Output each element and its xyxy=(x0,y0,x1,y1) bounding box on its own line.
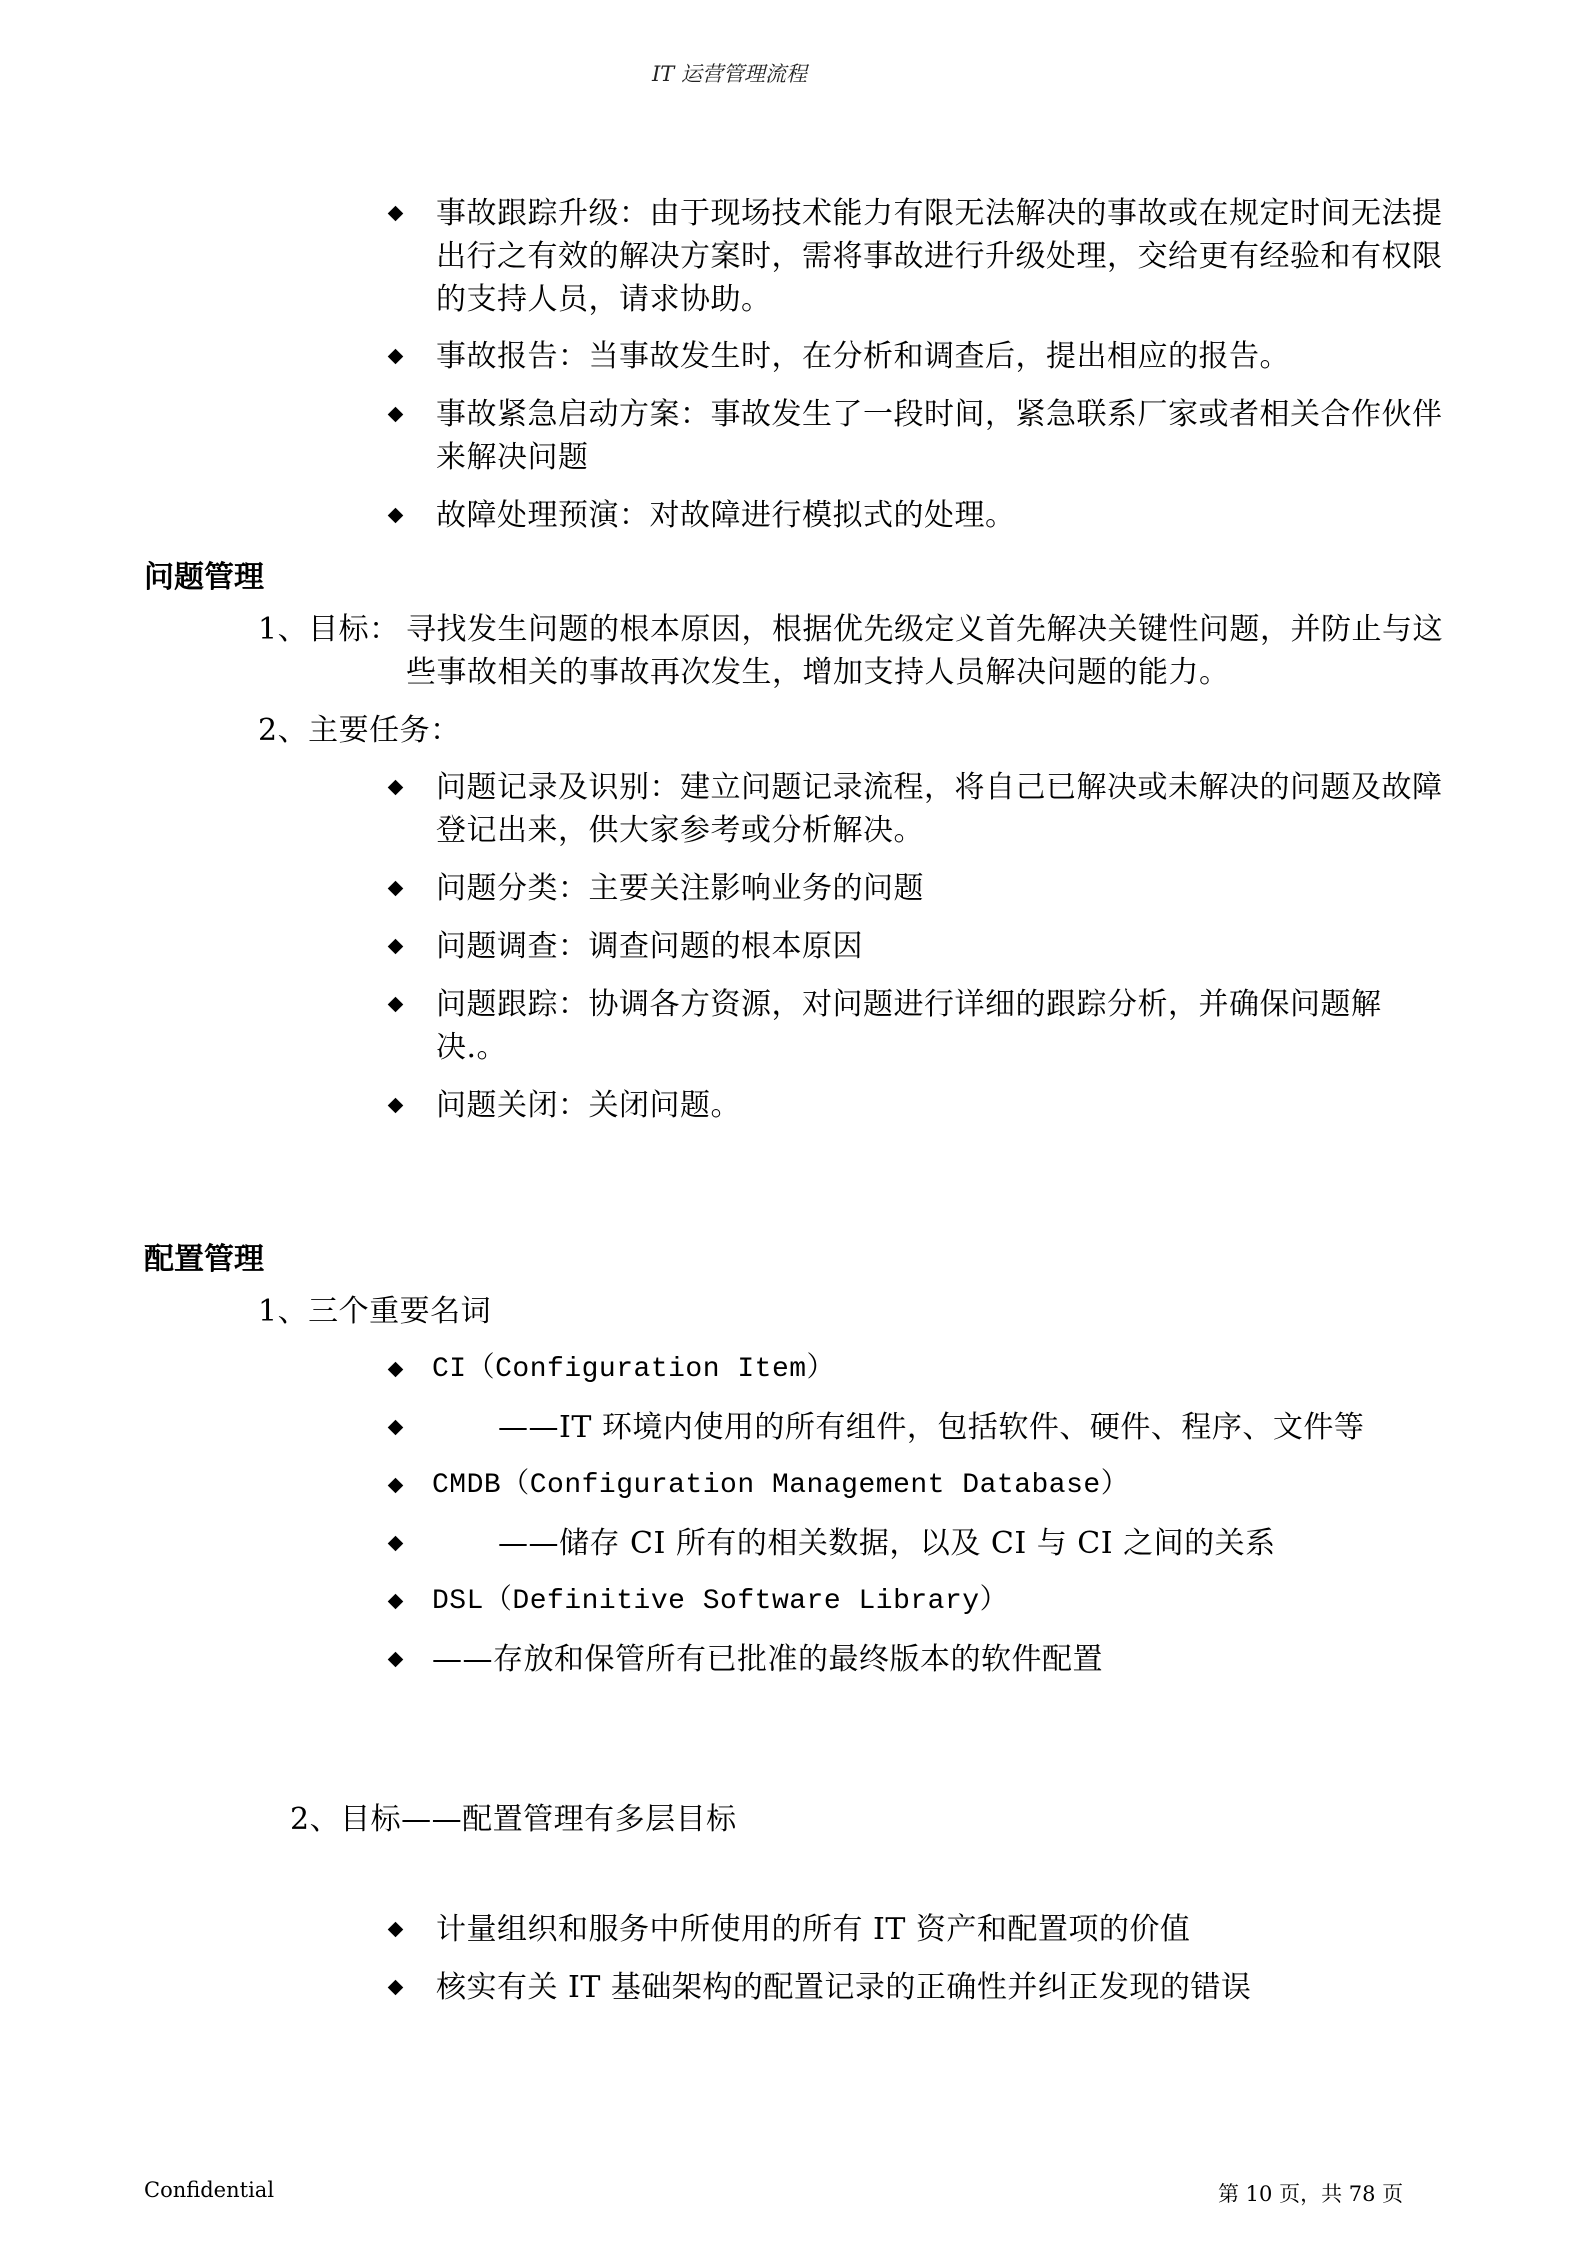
term-dsl-desc: ——存放和保管所有已批准的最终版本的软件配置 xyxy=(432,1638,1103,1681)
bullet-text: 问题分类：主要关注影响业务的问题 xyxy=(436,867,924,910)
terms-label: 1、三个重要名词 xyxy=(258,1290,491,1333)
term-ci-desc: ——IT 环境内使用的所有组件，包括软件、硬件、程序、文件等 xyxy=(498,1406,1364,1449)
tasks-label: 2、主要任务： xyxy=(258,709,461,752)
bullet-text: 事故跟踪升级：由于现场技术能力有限无法解决的事故或在规定时间无法提 出行之有效的… xyxy=(436,192,1443,321)
bullet-diamond-icon xyxy=(388,780,404,796)
line: 登记出来，供大家参考或分析解决。 xyxy=(436,809,1443,852)
bullet-diamond-icon xyxy=(388,1098,404,1114)
bullet-diamond-icon xyxy=(388,407,404,423)
bullet-text: 事故紧急启动方案：事故发生了一段时间，紧急联系厂家或者相关合作伙伴 来解决问题 xyxy=(436,393,1443,479)
term-cmdb: CMDB（Configuration Management Database） xyxy=(432,1464,1129,1507)
bullet-text: 问题记录及识别：建立问题记录流程，将自己已解决或未解决的问题及故障 登记出来，供… xyxy=(436,766,1443,852)
bullet-diamond-icon xyxy=(388,349,404,365)
bullet-diamond-icon xyxy=(388,997,404,1013)
goal-item: 计量组织和服务中所使用的所有 IT 资产和配置项的价值 xyxy=(436,1908,1190,1951)
line: 问题记录及识别：建立问题记录流程，将自己已解决或未解决的问题及故障 xyxy=(436,766,1443,809)
goal-label: 1、目标： xyxy=(258,608,400,651)
section-heading-config: 配置管理 xyxy=(144,1234,264,1278)
goals-label: 2、目标——配置管理有多层目标 xyxy=(290,1798,737,1841)
section-heading-problem: 问题管理 xyxy=(144,552,264,596)
bullet-diamond-icon xyxy=(388,1362,404,1378)
goal-text: 寻找发生问题的根本原因，根据优先级定义首先解决关键性问题，并防止与这 些事故相关… xyxy=(406,608,1443,694)
bullet-diamond-icon xyxy=(388,939,404,955)
line: 出行之有效的解决方案时，需将事故进行升级处理，交给更有经验和有权限 xyxy=(436,235,1443,278)
line: 问题跟踪：协调各方资源，对问题进行详细的跟踪分析，并确保问题解 xyxy=(436,983,1382,1026)
bullet-diamond-icon xyxy=(388,1980,404,1996)
bullet-diamond-icon xyxy=(388,881,404,897)
bullet-diamond-icon xyxy=(388,1536,404,1552)
footer-confidential: Confidential xyxy=(144,2178,274,2202)
bullet-diamond-icon xyxy=(388,1652,404,1668)
bullet-text: 问题跟踪：协调各方资源，对问题进行详细的跟踪分析，并确保问题解 决.。 xyxy=(436,983,1382,1069)
bullet-text: 问题调查：调查问题的根本原因 xyxy=(436,925,863,968)
term-dsl: DSL（Definitive Software Library） xyxy=(432,1580,1008,1623)
bullet-diamond-icon xyxy=(388,1594,404,1610)
bullet-diamond-icon xyxy=(388,206,404,222)
line: 事故紧急启动方案：事故发生了一段时间，紧急联系厂家或者相关合作伙伴 xyxy=(436,393,1443,436)
line: 些事故相关的事故再次发生，增加支持人员解决问题的能力。 xyxy=(406,651,1443,694)
term-cmdb-desc: ——储存 CI 所有的相关数据，以及 CI 与 CI 之间的关系 xyxy=(498,1522,1276,1565)
bullet-diamond-icon xyxy=(388,1922,404,1938)
bullet-text: 问题关闭：关闭问题。 xyxy=(436,1084,741,1127)
line: 事故跟踪升级：由于现场技术能力有限无法解决的事故或在规定时间无法提 xyxy=(436,192,1443,235)
footer-page-number: 第 10 页，共 78 页 xyxy=(1218,2178,1403,2208)
bullet-diamond-icon xyxy=(388,1420,404,1436)
term-ci: CI（Configuration Item） xyxy=(432,1348,835,1391)
bullet-text: 事故报告：当事故发生时，在分析和调查后，提出相应的报告。 xyxy=(436,335,1290,378)
line: 的支持人员，请求协助。 xyxy=(436,278,1443,321)
bullet-diamond-icon xyxy=(388,508,404,524)
line: 来解决问题 xyxy=(436,436,1443,479)
page-header-title: IT 运营管理流程 xyxy=(652,58,807,88)
goal-item: 核实有关 IT 基础架构的配置记录的正确性并纠正发现的错误 xyxy=(436,1966,1251,2009)
line: 决.。 xyxy=(436,1026,1382,1069)
bullet-diamond-icon xyxy=(388,1478,404,1494)
line: 寻找发生问题的根本原因，根据优先级定义首先解决关键性问题，并防止与这 xyxy=(406,608,1443,651)
bullet-text: 故障处理预演：对故障进行模拟式的处理。 xyxy=(436,494,1016,537)
